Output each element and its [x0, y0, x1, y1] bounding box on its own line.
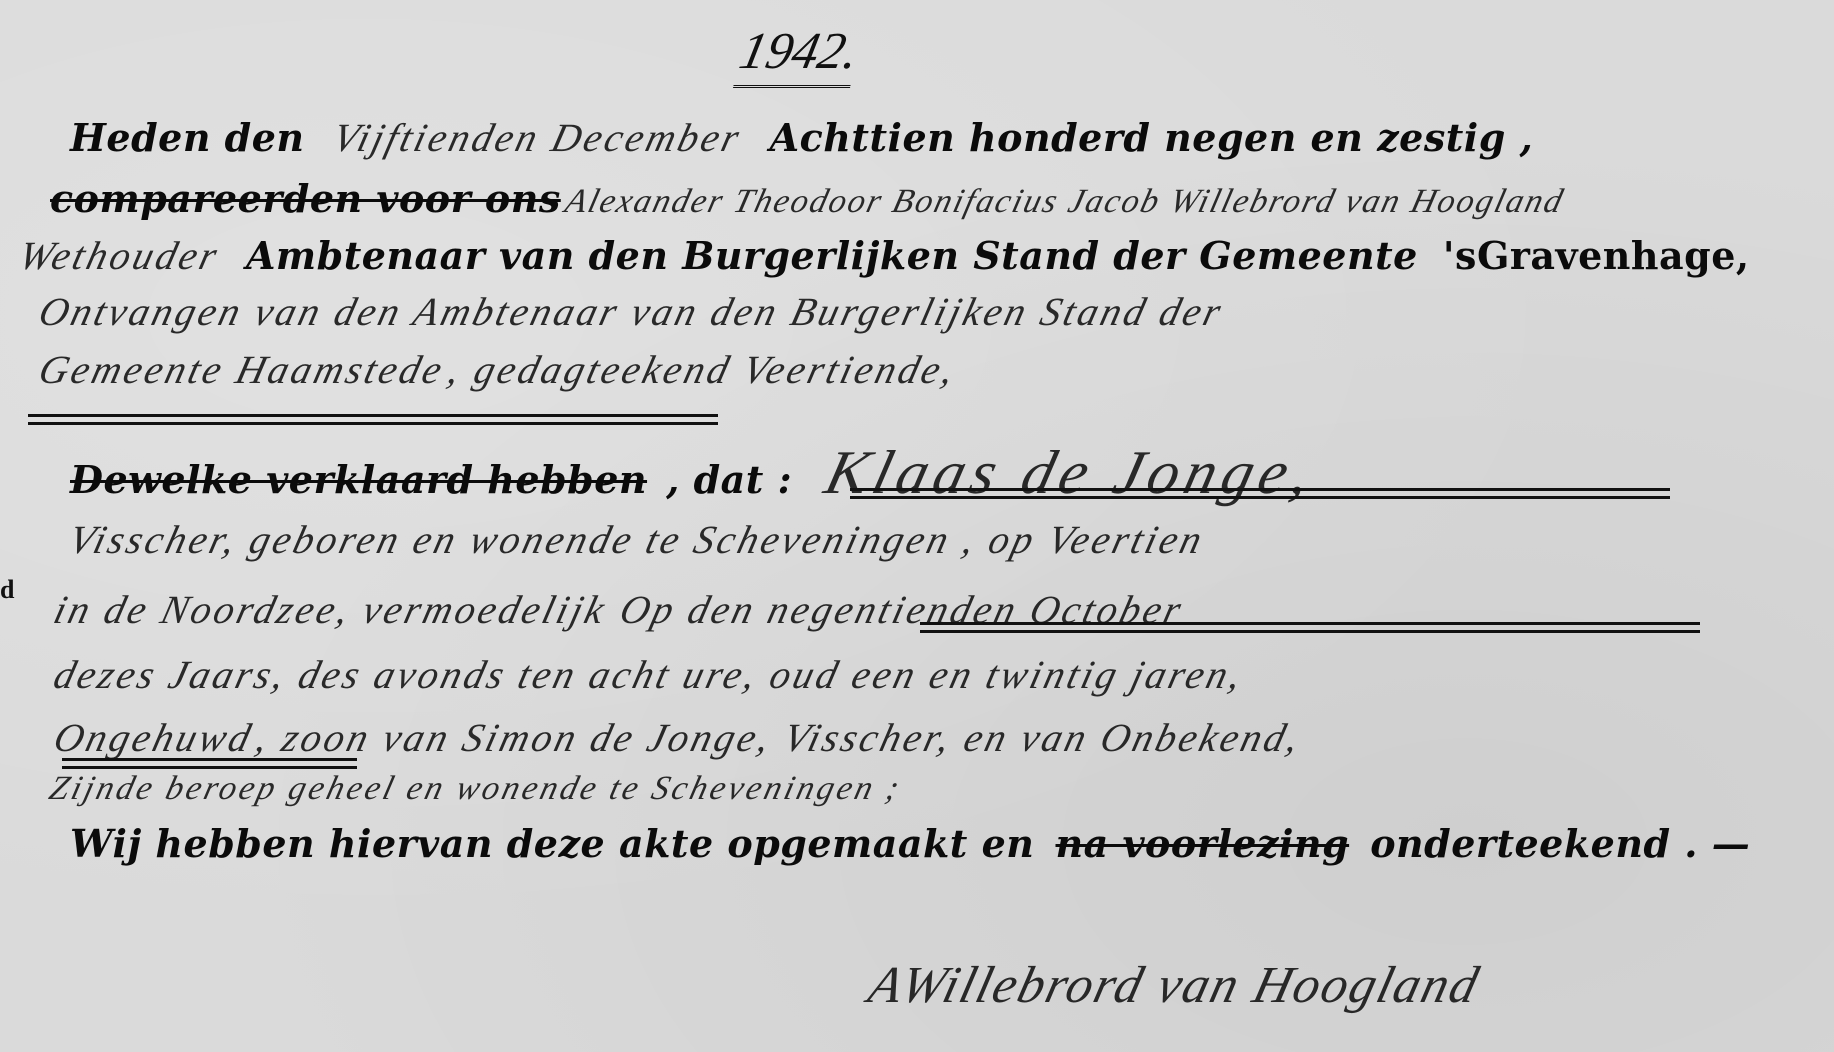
handwritten-gedagteekend: , gedagteekend Veertiende, [444, 350, 961, 390]
line-6: Dewelke verklaard hebben , dat : Klaas d… [70, 442, 1315, 504]
underline-ongehuwd [62, 758, 357, 761]
handwritten-occupation: Visscher, geboren en wonende te Scheveni… [65, 520, 1209, 560]
printed-year: Achttien honderd negen en zestig , [770, 115, 1534, 160]
handwritten-ongehuwd: Ongehuwd [50, 718, 257, 758]
line-5: Gemeente Haamstede , gedagteekend Veerti… [40, 350, 956, 390]
handwritten-official-name: Alexander Theodoor Bonifacius Jacob Will… [562, 185, 1568, 219]
handwritten-gemeente-haamstede: Gemeente Haamstede [35, 350, 449, 390]
handwritten-noordzee: in de Noordzee, vermoedelijk [50, 590, 611, 630]
line-4: Ontvangen van den Ambtenaar van den Burg… [40, 292, 1223, 332]
handwritten-age: dezes Jaars, des avonds ten acht ure, ou… [50, 655, 1248, 695]
record-number: 1942. [733, 22, 864, 88]
printed-dat: , dat : [666, 457, 792, 502]
scanned-document-page: 1942. d Heden den Vijftienden December A… [0, 0, 1834, 1052]
handwritten-parents: , zoon van Simon de Jonge, Visscher, en … [252, 718, 1306, 758]
line-10: Ongehuwd , zoon van Simon de Jonge, Viss… [55, 718, 1301, 758]
printed-struck-dewelke: Dewelke verklaard hebben [70, 457, 647, 502]
underline-date-of-death [920, 622, 1700, 625]
line-2: compareerden voor ons Alexander Theodoor… [50, 180, 1563, 219]
handwritten-residence: Zijnde beroep geheel en wonende te Schev… [46, 772, 905, 806]
signature-line: AWillebrord van Hoogland [870, 960, 1478, 1012]
line-9: dezes Jaars, des avonds ten acht ure, ou… [55, 655, 1243, 695]
line-1: Heden den Vijftienden December Achttien … [70, 118, 1533, 158]
handwritten-deceased-name: Klaas de Jonge, [819, 442, 1322, 504]
line-12: Wij hebben hiervan deze akte opgemaakt e… [70, 825, 1750, 863]
line-7: Visscher, geboren en wonende te Scheveni… [70, 520, 1204, 560]
handwritten-ontvangen: Ontvangen van den Ambtenaar van den Burg… [35, 292, 1228, 332]
printed-struck-na-voorlezing: na voorlezing [1056, 821, 1350, 866]
printed-gravenhage: 'sGravenhage, [1443, 233, 1750, 278]
underline-gemeente [28, 414, 718, 417]
handwritten-date: Vijftienden December [329, 118, 746, 158]
printed-onderteekend: onderteekend . — [1370, 821, 1750, 866]
underline-name [850, 488, 1670, 491]
printed-heden-den: Heden den [70, 115, 305, 160]
line-11: Zijnde beroep geheel en wonende te Schev… [50, 772, 901, 806]
printed-ambtenaar: Ambtenaar van den Burgerlijken Stand der… [246, 233, 1418, 278]
official-signature: AWillebrord van Hoogland [864, 960, 1485, 1012]
printed-struck-compareerden: compareerden voor ons [50, 176, 561, 221]
margin-note: d [0, 575, 14, 605]
handwritten-wethouder: Wethouder [15, 236, 224, 276]
printed-wij-hebben: Wij hebben hiervan deze akte opgemaakt e… [70, 821, 1034, 866]
line-3: Wethouder Ambtenaar van den Burgerlijken… [20, 236, 1750, 276]
